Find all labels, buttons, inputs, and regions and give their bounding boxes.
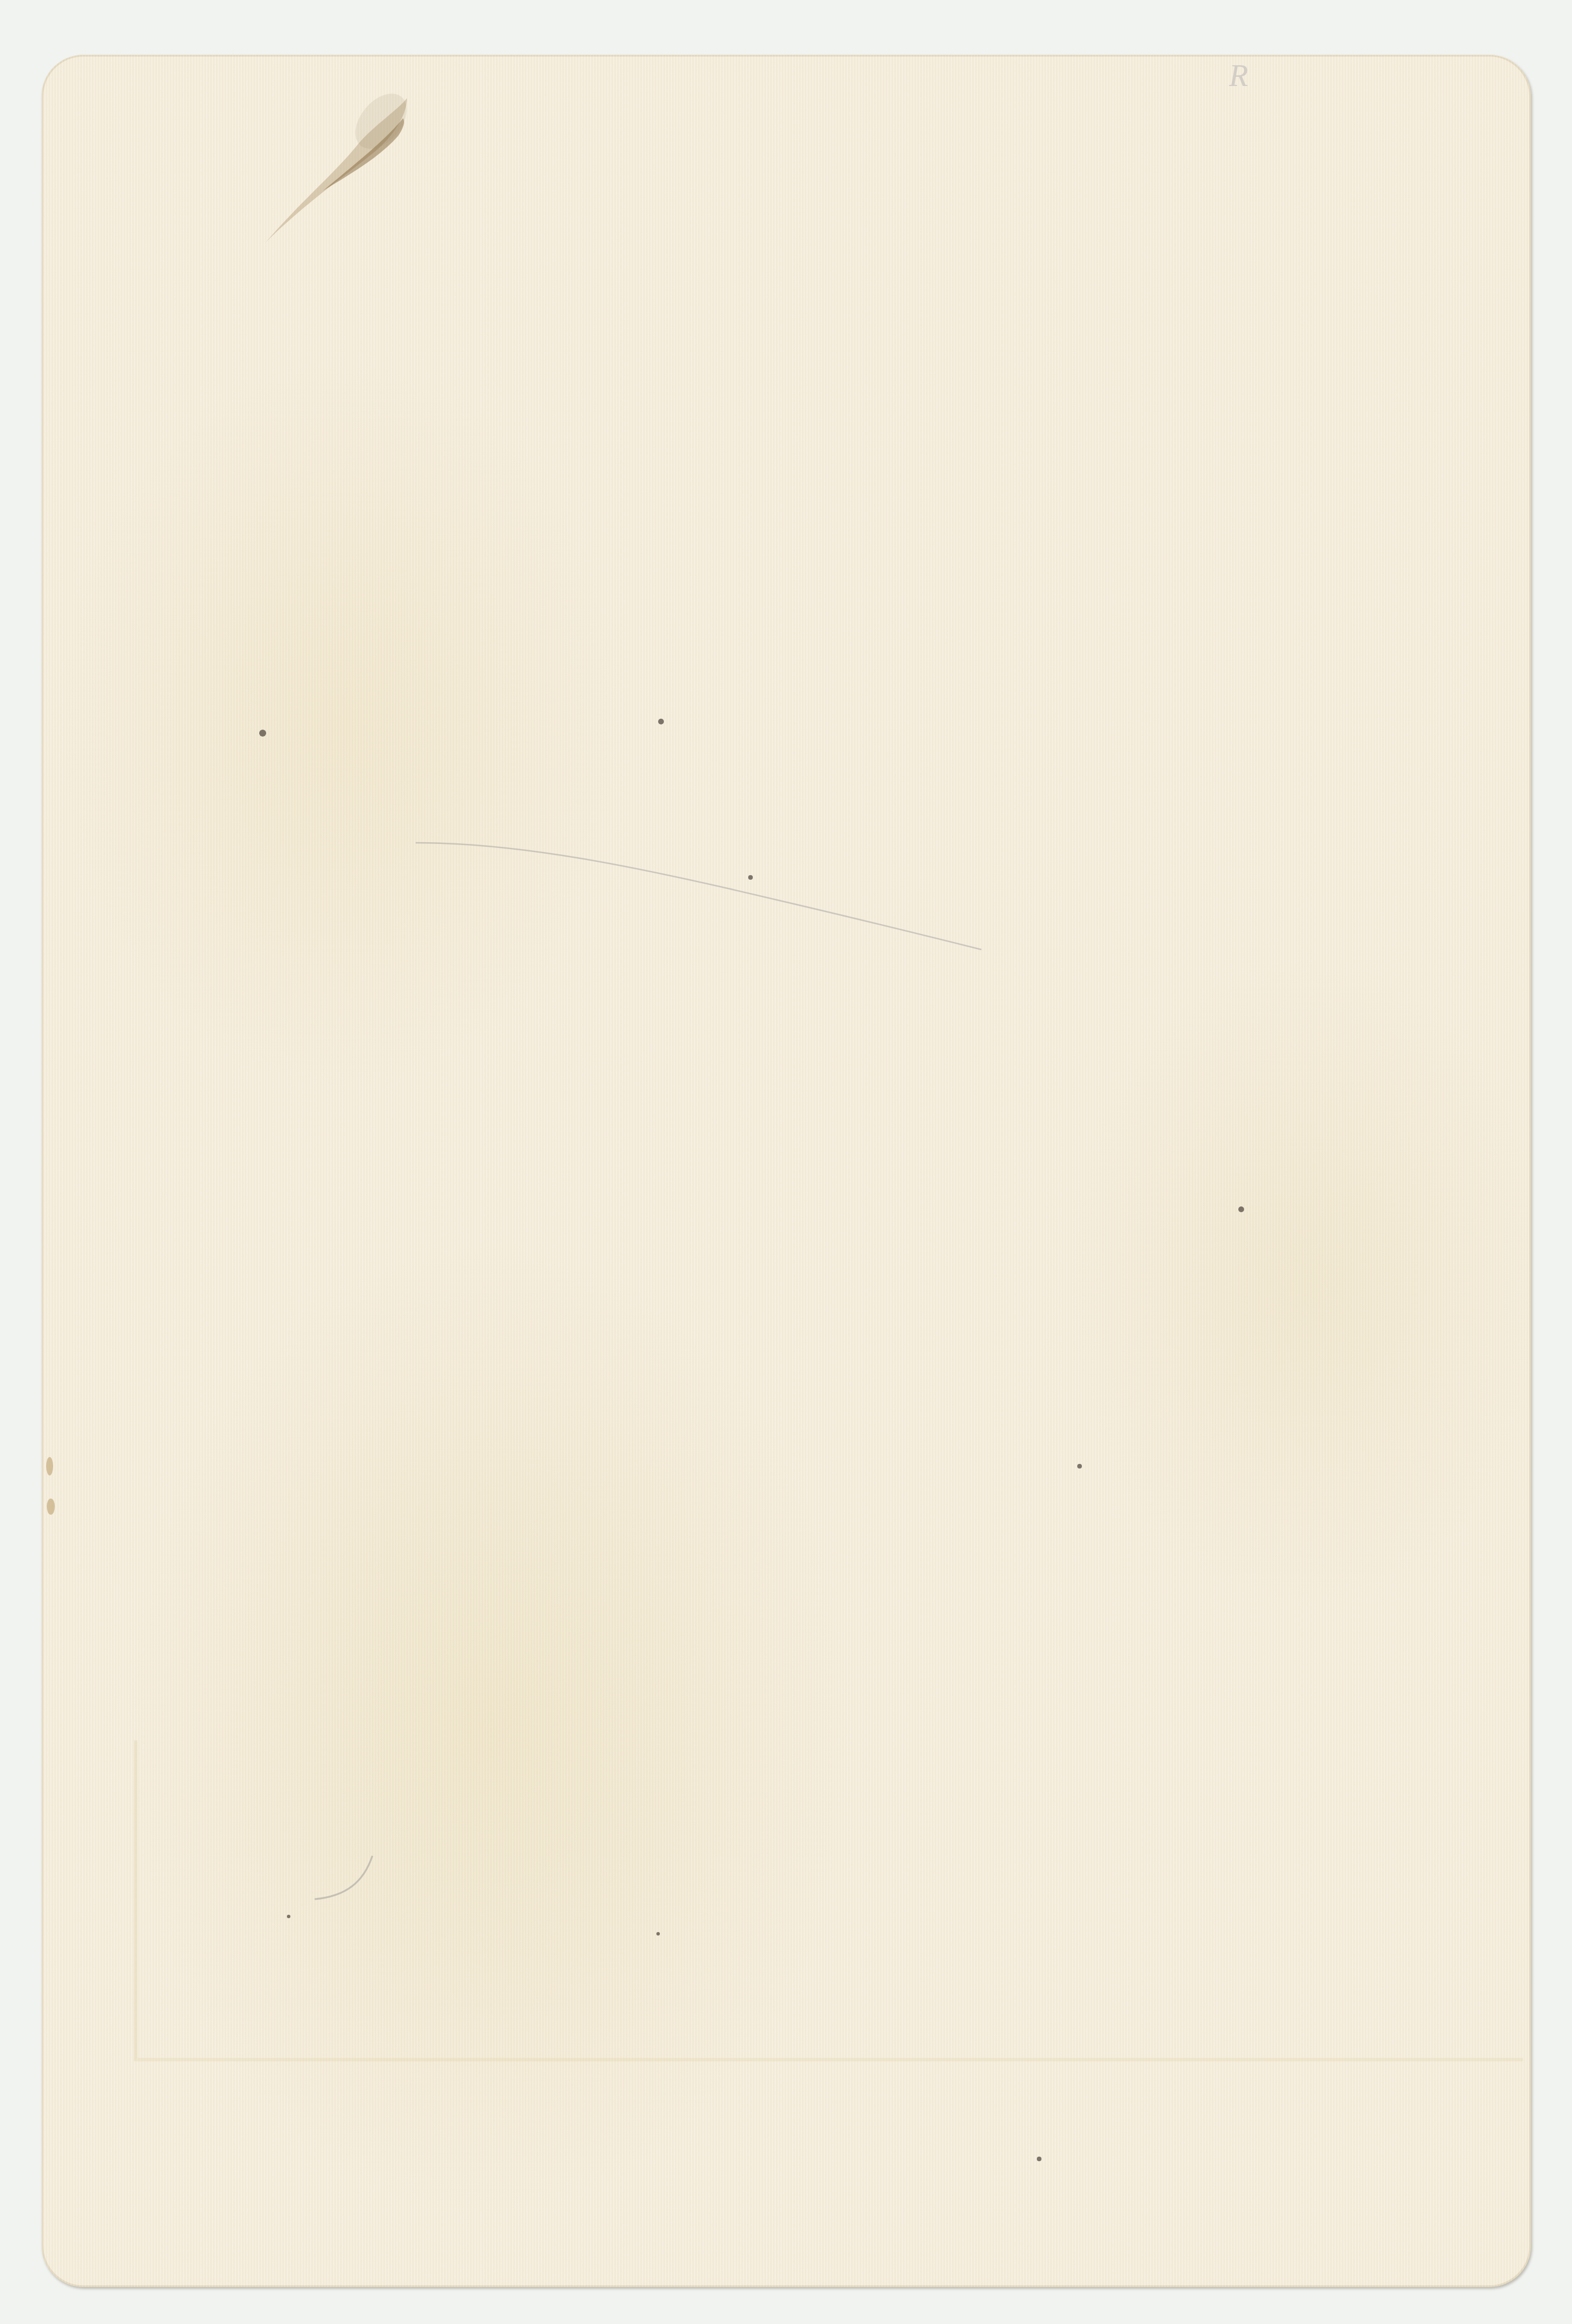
edge-scuff: [47, 1499, 55, 1515]
surface-marks: [0, 0, 1572, 2324]
speck: [259, 730, 266, 737]
speck: [748, 875, 753, 880]
speck: [658, 719, 664, 724]
pencil-curve: [315, 1856, 372, 1899]
speck: [1238, 1206, 1244, 1212]
speck: [287, 1915, 290, 1918]
speck: [1037, 2157, 1041, 2161]
speck: [1077, 1464, 1082, 1469]
specks: [259, 719, 1244, 2161]
edge-scuff: [46, 1457, 53, 1475]
speck: [656, 1932, 660, 1936]
stain-mark: [266, 84, 417, 242]
pencil-line: [416, 843, 981, 950]
